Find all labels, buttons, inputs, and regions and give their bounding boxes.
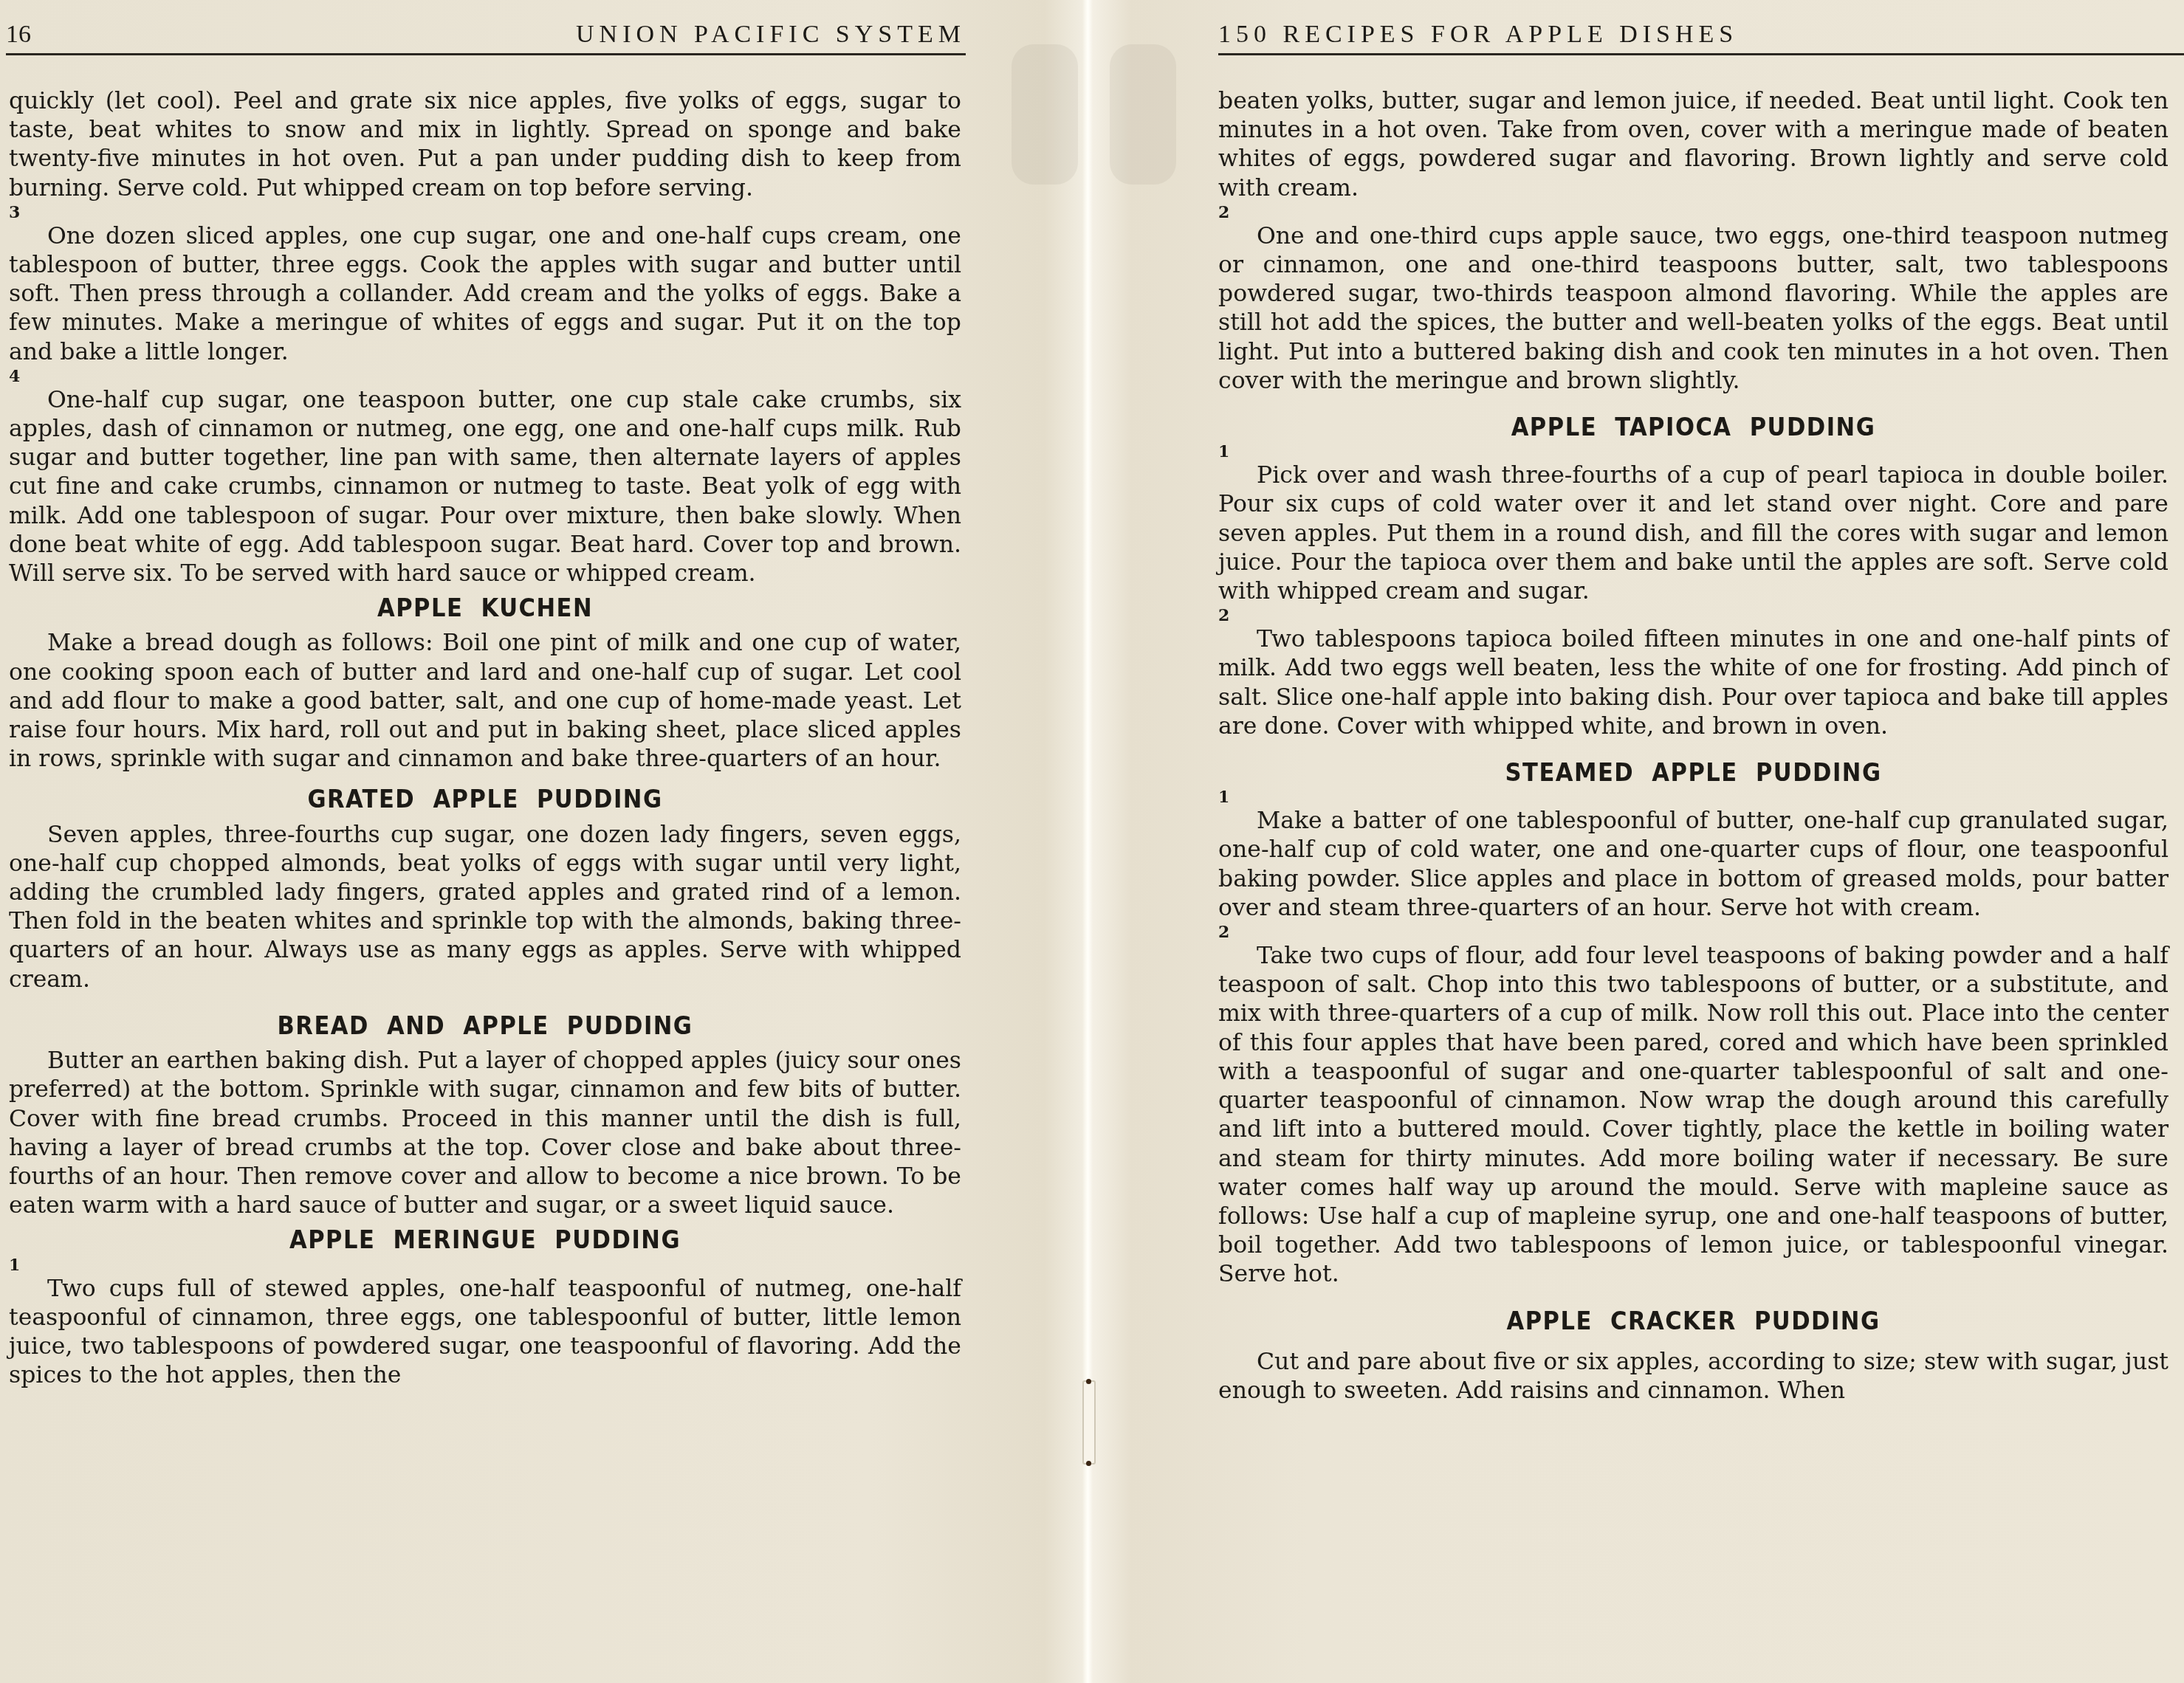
recipe-paragraph: Cut and pare about five or six apples, a… [1218,1348,2168,1405]
recipe-paragraph: Two tablespoons tapioca boiled fifteen m… [1218,625,2168,741]
recipe-paragraph: Two cups full of stewed apples, one-half… [9,1275,961,1391]
variant-number: 1 [1218,442,2168,461]
staple [1082,1380,1096,1465]
variant-number: 1 [9,1256,961,1275]
page-shadow [1110,44,1176,185]
recipe-title: STEAMED APPLE PUDDING [1218,759,2168,788]
left-running-header: 16 UNION PACIFIC SYSTEM [6,7,966,55]
left-text-column: quickly (let cool). Peel and grate six n… [9,87,961,1390]
recipe-title: APPLE TAPIOCA PUDDING [1218,413,2168,442]
recipe-title: APPLE KUCHEN [9,594,961,623]
variant-number: 3 [9,203,961,222]
variant-number: 4 [9,367,961,386]
recipe-paragraph: Make a bread dough as follows: Boil one … [9,629,961,774]
recipe-title: APPLE MERINGUE PUDDING [9,1226,961,1255]
variant-number: 2 [1218,606,2168,625]
continued-paragraph: quickly (let cool). Peel and grate six n… [9,87,961,203]
recipe-paragraph: Make a batter of one tablespoonful of bu… [1218,807,2168,923]
continued-paragraph: beaten yolks, butter, sugar and lemon ju… [1218,87,2168,203]
running-head: UNION PACIFIC SYSTEM [576,21,966,49]
left-page: 16 UNION PACIFIC SYSTEM quickly (let coo… [0,0,1088,1683]
recipe-title: BREAD AND APPLE PUDDING [9,1012,961,1041]
running-head: 150 RECIPES FOR APPLE DISHES [1218,21,1738,49]
recipe-title: GRATED APPLE PUDDING [9,785,961,814]
recipe-paragraph: Pick over and wash three-fourths of a cu… [1218,461,2168,606]
page-number: 16 [6,21,31,49]
variant-number: 2 [1218,923,2168,942]
variant-number: 1 [1218,788,2168,807]
recipe-paragraph: Take two cups of flour, add four level t… [1218,942,2168,1289]
right-running-header: 150 RECIPES FOR APPLE DISHES 17 [1218,7,2184,55]
right-text-column: beaten yolks, butter, sugar and lemon ju… [1218,87,2168,1405]
recipe-title: APPLE CRACKER PUDDING [1218,1307,2168,1336]
recipe-paragraph: One and one-third cups apple sauce, two … [1218,222,2168,396]
recipe-paragraph: One dozen sliced apples, one cup sugar, … [9,222,961,367]
book-spread: 16 UNION PACIFIC SYSTEM quickly (let coo… [0,0,2184,1683]
page-shadow [1012,44,1078,185]
recipe-paragraph: One-half cup sugar, one teaspoon butter,… [9,386,961,588]
recipe-paragraph: Butter an earthen baking dish. Put a lay… [9,1047,961,1220]
variant-number: 2 [1218,203,2168,222]
recipe-paragraph: Seven apples, three-fourths cup sugar, o… [9,821,961,994]
